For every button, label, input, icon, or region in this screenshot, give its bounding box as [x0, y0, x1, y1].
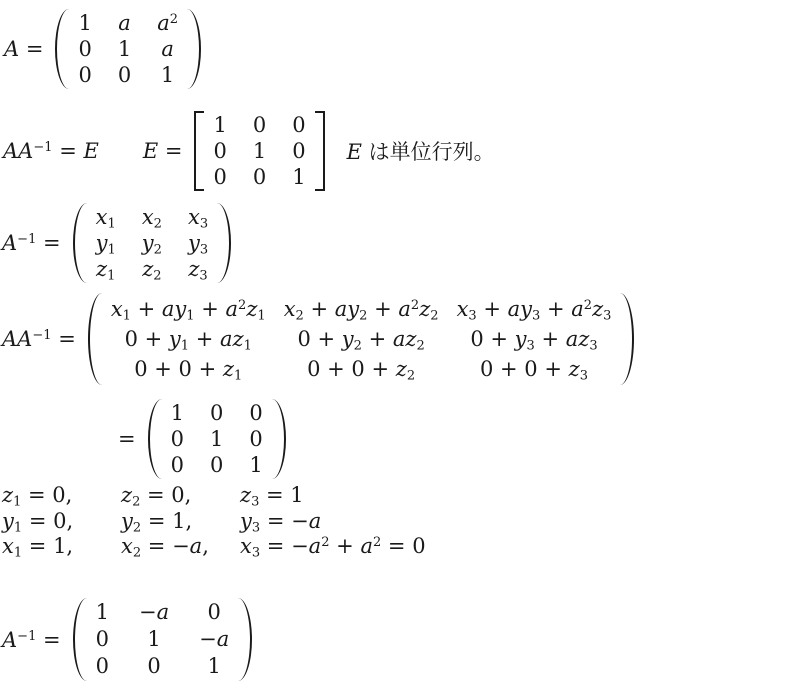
- left-paren-delimiter: [73, 598, 87, 681]
- equation-lhs: AA−1 = E: [3, 139, 99, 163]
- matrix-cell: −a: [139, 599, 169, 626]
- matrix-product: x1 + ay1 + a2z1x2 + ay2 + a2z2x3 + ay3 +…: [88, 292, 635, 386]
- matrix-product-cells: x1 + ay1 + a2z1x2 + ay2 + a2z2x3 + ay3 +…: [102, 292, 621, 386]
- equation-inverse-unknowns: A−1 = x1x2x3y1y2y3z1z2z3: [2, 202, 231, 284]
- equation-mid: E =: [143, 139, 183, 163]
- matrix-cell: 1: [118, 36, 131, 62]
- matrix-inverse-cells: x1x2x3y1y2y3z1z2z3: [87, 202, 217, 284]
- matrix-cell: 0 + 0 + z3: [480, 354, 588, 384]
- matrix-cell: 1: [253, 138, 266, 164]
- matrix-a-inverse-result: 1−a001−a001: [73, 597, 253, 682]
- matrix-cell: −a: [199, 626, 229, 653]
- equation-lhs: =: [118, 427, 136, 451]
- matrix-cell: 0: [147, 653, 160, 680]
- matrix-cell: 1: [292, 164, 305, 190]
- matrix-cell: 0: [96, 653, 109, 680]
- matrix-cell: a: [161, 36, 174, 62]
- right-bracket-delimiter: [315, 111, 325, 191]
- solution-entry: x2 = −a,: [121, 534, 209, 560]
- matrix-cell: 0 + 0 + z2: [307, 354, 415, 384]
- left-paren-delimiter: [88, 293, 102, 385]
- matrix-cell: 0: [78, 62, 91, 88]
- matrix-a-inverse-unknowns: x1x2x3y1y2y3z1z2z3: [73, 202, 231, 284]
- solution-entry: x1 = 1,: [2, 534, 73, 560]
- left-paren-delimiter: [55, 9, 69, 89]
- matrix-cell: 0: [208, 599, 221, 626]
- matrix-cell: z3: [188, 256, 207, 282]
- solution-entry: y3 = −a: [240, 509, 321, 535]
- equation-lhs: AA−1 =: [2, 327, 76, 351]
- matrix-cell: 1: [147, 626, 160, 653]
- right-paren-delimiter: [217, 203, 231, 283]
- matrix-cell: 0 + 0 + z1: [134, 354, 242, 384]
- solution-entry: x3 = −a2 + a2 = 0: [240, 534, 426, 560]
- matrix-cell: z1: [96, 256, 115, 282]
- matrix-cell: 0: [118, 62, 131, 88]
- matrix-result-cells: 1−a001−a001: [87, 597, 239, 682]
- equation-lhs: A−1 =: [2, 628, 61, 652]
- matrix-cell: z2: [142, 256, 161, 282]
- matrix-cell: 0: [213, 164, 226, 190]
- matrix-cell: 1: [213, 112, 226, 138]
- right-paren-delimiter: [187, 9, 201, 89]
- equation-matrix-a-definition: A = 1aa201a001: [4, 8, 201, 90]
- matrix-cell: 0: [249, 400, 262, 426]
- matrix-cell: 0 + y2 + az2: [297, 324, 424, 354]
- matrix-e-cells: 100010001: [204, 110, 314, 192]
- matrix-cell: x1 + ay1 + a2z1: [111, 294, 266, 324]
- matrix-cell: 1: [78, 10, 91, 36]
- matrix-cell: 0 + y3 + az3: [470, 324, 597, 354]
- matrix-cell: x3: [188, 204, 208, 230]
- solution-entry: z3 = 1: [240, 483, 304, 509]
- matrix-cell: x3 + ay3 + a2z3: [457, 294, 612, 324]
- right-paren-delimiter: [620, 293, 634, 385]
- matrix-a: 1aa201a001: [55, 8, 201, 90]
- solution-entry: y2 = 1,: [121, 509, 192, 535]
- matrix-cell: 0: [210, 400, 223, 426]
- equation-identity-definition: AA−1 = E E = 100010001 E は単位行列。: [3, 110, 495, 192]
- matrix-identity: 100010001: [148, 398, 286, 480]
- left-bracket-delimiter: [194, 111, 204, 191]
- matrix-cell: 0: [253, 112, 266, 138]
- solution-equations: z1 = 0,z2 = 0,z3 = 1y1 = 0,y2 = 1,y3 = −…: [2, 483, 426, 560]
- matrix-cell: 0: [171, 452, 184, 478]
- matrix-cell: 1: [161, 62, 174, 88]
- matrix-cell: 0 + y1 + az1: [125, 324, 252, 354]
- equation-lhs: A =: [4, 37, 43, 61]
- matrix-cell: 0: [213, 138, 226, 164]
- matrix-cell: 1: [208, 653, 221, 680]
- matrix-cell: 0: [253, 164, 266, 190]
- matrix-cell: x2 + ay2 + a2z2: [284, 294, 439, 324]
- identity-note: E は単位行列。: [347, 136, 495, 166]
- matrix-cell: 0: [96, 626, 109, 653]
- matrix-cell: 0: [210, 452, 223, 478]
- right-paren-delimiter: [238, 598, 252, 681]
- matrix-cell: 0: [171, 426, 184, 452]
- matrix-cell: y1: [96, 230, 116, 256]
- math-document: A = 1aa201a001 AA−1 = E E = 100010001 E …: [0, 0, 800, 688]
- matrix-e: 100010001: [194, 110, 324, 192]
- left-paren-delimiter: [148, 399, 162, 479]
- matrix-cell: a2: [157, 10, 178, 36]
- matrix-a-cells: 1aa201a001: [69, 8, 187, 90]
- right-paren-delimiter: [272, 399, 286, 479]
- solution-entry: y1 = 0,: [2, 509, 73, 535]
- matrix-cell: y2: [142, 230, 162, 256]
- matrix-cell: 0: [292, 138, 305, 164]
- equation-inverse-result: A−1 = 1−a001−a001: [2, 597, 252, 682]
- matrix-cell: a: [118, 10, 131, 36]
- matrix-cell: 1: [96, 599, 109, 626]
- solution-entry: z1 = 0,: [2, 483, 72, 509]
- matrix-cell: x1: [96, 204, 116, 230]
- matrix-cell: 0: [249, 426, 262, 452]
- matrix-cell: 1: [210, 426, 223, 452]
- matrix-identity-cells: 100010001: [162, 398, 272, 480]
- matrix-cell: 1: [171, 400, 184, 426]
- matrix-cell: 1: [249, 452, 262, 478]
- left-paren-delimiter: [73, 203, 87, 283]
- matrix-cell: 0: [292, 112, 305, 138]
- solution-entry: z2 = 0,: [121, 483, 191, 509]
- equation-product-expansion: AA−1 = x1 + ay1 + a2z1x2 + ay2 + a2z2x3 …: [2, 292, 634, 386]
- matrix-cell: x2: [142, 204, 162, 230]
- matrix-cell: 0: [78, 36, 91, 62]
- equation-equals-identity: = 100010001: [118, 398, 286, 480]
- equation-lhs: A−1 =: [2, 231, 61, 255]
- matrix-cell: y3: [188, 230, 208, 256]
